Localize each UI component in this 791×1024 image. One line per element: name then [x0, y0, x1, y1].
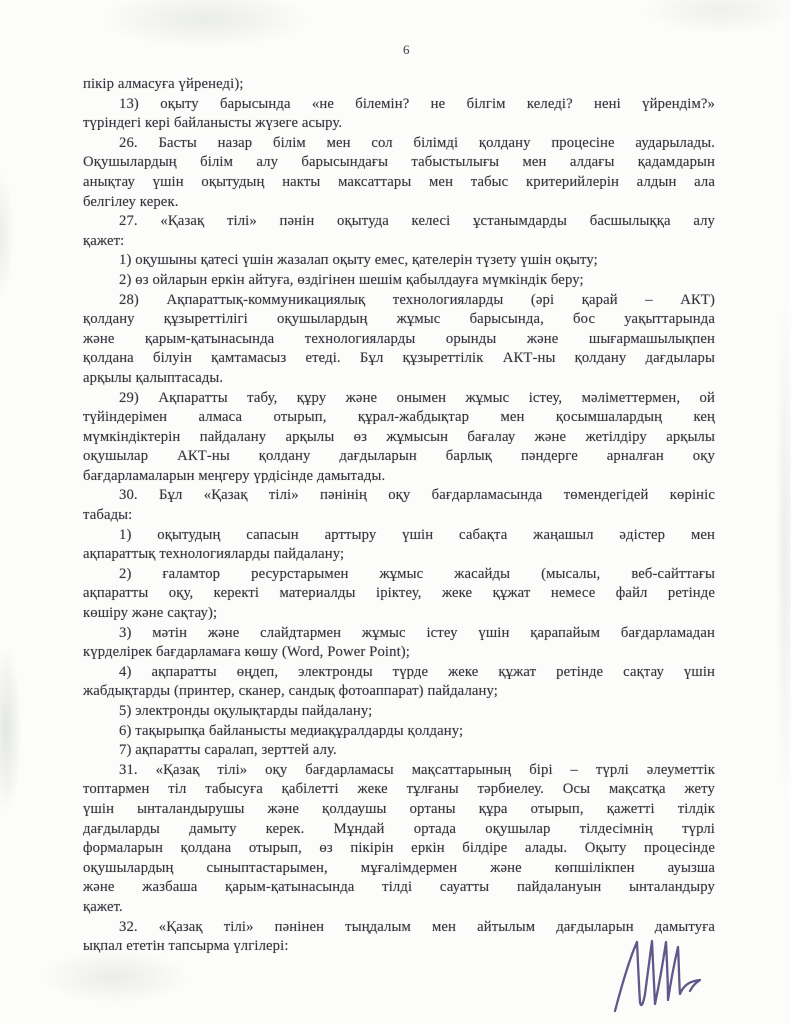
text-line: формаларын қолдана отырып, өз пікірін ер…	[83, 839, 715, 859]
scan-smudge	[776, 290, 791, 810]
text-line: көшіру және сақтау);	[83, 604, 715, 624]
scan-smudge	[0, 645, 22, 815]
text-line: 6) тақырыпқа байланысты медиақұралдарды …	[83, 722, 715, 742]
paragraph: 29) Ақпаратты табу, құру және онымен жұм…	[83, 389, 715, 487]
text-line: 2) ғаламтор ресурстарымен жұмыс жасайды …	[83, 565, 715, 585]
text-line: 1) оқытудың сапасын арттыру үшін сабақта…	[83, 526, 715, 546]
scan-smudge	[635, 0, 791, 36]
paragraph: 1) оқытудың сапасын арттыру үшін сабақта…	[83, 526, 715, 565]
text-line: 31. «Қазақ тілі» оқу бағдарламасы мақсат…	[83, 761, 715, 781]
document-page: 6 пікір алмасуға үйренеді);13) оқыту бар…	[0, 0, 791, 1024]
paragraph: 5) электронды оқулықтарды пайдалану;	[83, 702, 715, 722]
text-line: 26. Басты назар білім мен сол білімді қо…	[83, 134, 715, 154]
paragraph: 28) Ақпараттық-коммуникациялық технологи…	[83, 291, 715, 389]
text-line: жабдықтарды (принтер, сканер, сандық фот…	[83, 682, 715, 702]
text-line: 4) ақпаратты өңдеп, электронды түрде жек…	[83, 663, 715, 683]
text-line: табады:	[83, 506, 715, 526]
text-line: 27. «Қазақ тілі» пәнін оқытуда келесі ұс…	[83, 212, 715, 232]
text-line: және қарым-қатынасында технологияларды о…	[83, 330, 715, 350]
paragraph: пікір алмасуға үйренеді);	[83, 75, 715, 95]
paragraph: 4) ақпаратты өңдеп, электронды түрде жек…	[83, 663, 715, 702]
text-line: ақпаратты оқу, керекті материалды ірікте…	[83, 584, 715, 604]
paragraph: 31. «Қазақ тілі» оқу бағдарламасы мақсат…	[83, 761, 715, 918]
text-line: Оқушылардың білім алу барысындағы табыст…	[83, 153, 715, 173]
paragraph: 1) оқушыны қатесі үшін жазалап оқыту еме…	[83, 251, 715, 271]
text-line: ақпараттық технологияларды пайдалану;	[83, 545, 715, 565]
text-line: 1) оқушыны қатесі үшін жазалап оқыту еме…	[83, 251, 715, 271]
scan-smudge	[90, 0, 320, 50]
text-line: дағдыларды дамыту керек. Мұндай ортада о…	[83, 820, 715, 840]
text-line: қажет:	[83, 232, 715, 252]
scan-smudge	[0, 170, 14, 300]
text-line: түйіндерімен алмаса отырып, құрал-жабдық…	[83, 408, 715, 428]
text-line: 32. «Қазақ тілі» пәнінен тыңдалым мен ай…	[83, 918, 715, 938]
text-line: 13) оқыту барысында «не білемін? не білг…	[83, 95, 715, 115]
text-line: арқылы қалыптасады.	[83, 369, 715, 389]
text-line: күрделірек бағдарламаға көшу (Word, Powe…	[83, 643, 715, 663]
paragraph: 7) ақпаратты саралап, зерттей алу.	[83, 741, 715, 761]
text-line: қолдана білуін қамтамасыз етеді. Бұл құз…	[83, 349, 715, 369]
text-line: бағдарламаларын меңгеру үрдісінде дамыта…	[83, 467, 715, 487]
paragraph: 2) өз ойларын еркін айтуға, өздігінен ше…	[83, 271, 715, 291]
text-line: мүмкіндіктерін пайдалану арқылы өз жұмыс…	[83, 428, 715, 448]
text-line: оқушылардың сыныптастарымен, мұғалімдерм…	[83, 859, 715, 879]
handwritten-signature-icon	[607, 936, 707, 1018]
paragraph: 6) тақырыпқа байланысты медиақұралдарды …	[83, 722, 715, 742]
text-line: 28) Ақпараттық-коммуникациялық технологи…	[83, 291, 715, 311]
signature-stroke	[615, 941, 700, 1011]
text-line: 3) мәтін және слайдтармен жұмыс істеу үш…	[83, 624, 715, 644]
document-body: пікір алмасуға үйренеді);13) оқыту барыс…	[83, 75, 715, 957]
paragraph: 27. «Қазақ тілі» пәнін оқытуда келесі ұс…	[83, 212, 715, 251]
text-line: белгілеу керек.	[83, 193, 715, 213]
paragraph: 26. Басты назар білім мен сол білімді қо…	[83, 134, 715, 212]
text-line: анықтау үшін оқытудың накты максаттары м…	[83, 173, 715, 193]
text-line: 30. Бұл «Қазақ тілі» пәнінің оқу бағдарл…	[83, 486, 715, 506]
text-line: оқушылар АКТ-ны қолдану дағдыларын барлы…	[83, 447, 715, 467]
text-line: топтармен тіл табысуға қабілетті жеке тұ…	[83, 780, 715, 800]
text-line: қолдану құзыреттілігі оқушылардың жұмыс …	[83, 310, 715, 330]
paragraph: 13) оқыту барысында «не білемін? не білг…	[83, 95, 715, 134]
text-line: және жазбаша қарым-қатынасында тілді сау…	[83, 878, 715, 898]
text-line: пікір алмасуға үйренеді);	[83, 75, 715, 95]
paragraph: 3) мәтін және слайдтармен жұмыс істеу үш…	[83, 624, 715, 663]
text-line: үшін ынталандырушы және қолдаушы ортаны …	[83, 800, 715, 820]
page-number: 6	[403, 42, 410, 58]
paragraph: 2) ғаламтор ресурстарымен жұмыс жасайды …	[83, 565, 715, 624]
text-line: 7) ақпаратты саралап, зерттей алу.	[83, 741, 715, 761]
text-line: 5) электронды оқулықтарды пайдалану;	[83, 702, 715, 722]
text-line: қажет.	[83, 898, 715, 918]
text-line: 2) өз ойларын еркін айтуға, өздігінен ше…	[83, 271, 715, 291]
paragraph: 30. Бұл «Қазақ тілі» пәнінің оқу бағдарл…	[83, 486, 715, 525]
text-line: түріндегі кері байланысты жүзеге асыру.	[83, 114, 715, 134]
text-line: 29) Ақпаратты табу, құру және онымен жұм…	[83, 389, 715, 409]
